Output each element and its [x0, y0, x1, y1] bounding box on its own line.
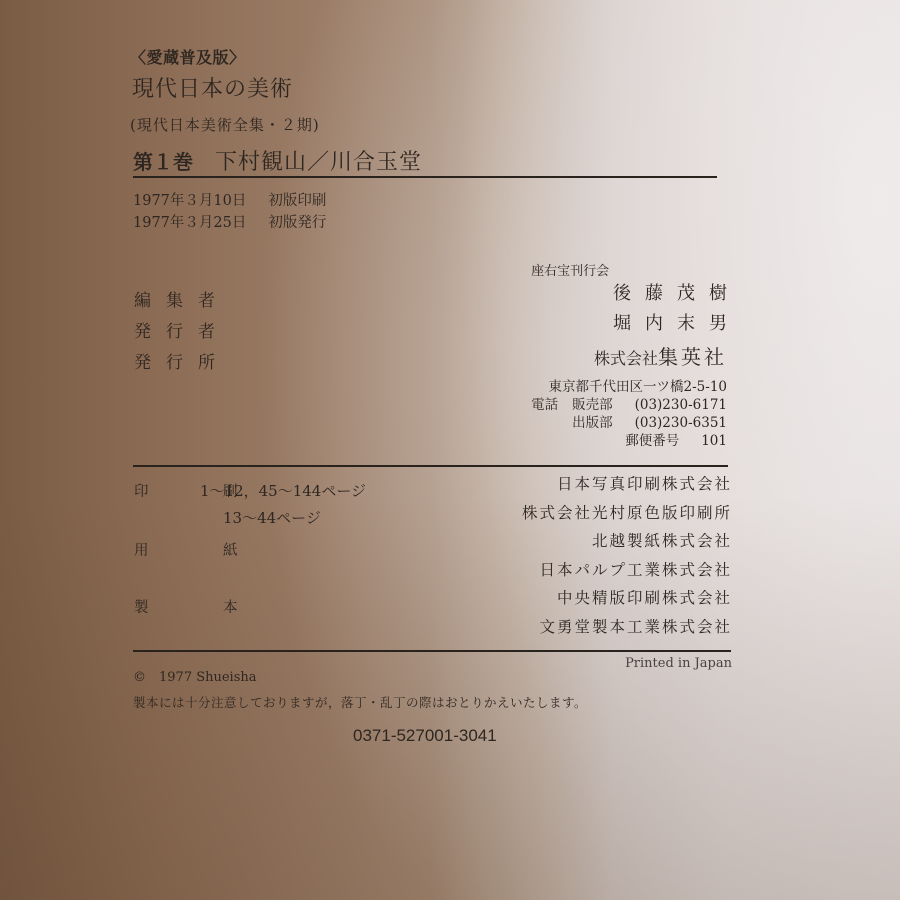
publication-date: 1977年３月25日 [133, 215, 246, 231]
replacement-notice: 製本には十分注意しておりますが，落丁・乱丁の際はおとりかえいたします。 [133, 693, 587, 711]
company-paper-1: 北越製紙株式会社 [522, 527, 732, 556]
publishing-company: 株式会社集英社 [531, 341, 727, 370]
editor-label: 編集者 [134, 286, 230, 317]
postal-label: 郵便番号 [625, 433, 679, 449]
address: 東京都千代田区一ツ橋2-5-10 [531, 378, 727, 396]
binding-label: 製 本 [134, 596, 268, 617]
page-range-1: 1～12，45～144ページ [200, 478, 366, 505]
page-range-2: 13～44ページ [223, 505, 366, 532]
printing-event: 初版印刷 [268, 193, 326, 209]
company-prefix: 株式会社 [594, 349, 658, 368]
date-row-publication: 1977年３月25日初版発行 [133, 212, 326, 234]
publisher-label: 発行者 [134, 317, 230, 348]
volume-heading: 第１巻下村観山／川合玉堂 [133, 145, 422, 176]
company-printing-1: 日本写真印刷株式会社 [522, 470, 732, 499]
series-title: 現代日本の美術 [132, 72, 293, 103]
publishing-dept-label: 出版部 [572, 415, 613, 431]
contact-info: 東京都千代田区一ツ橋2-5-10 電話販売部(03)230-6171 出版部(0… [531, 378, 727, 450]
company-binding-1: 中央精版印刷株式会社 [522, 584, 732, 613]
postal-code: 101 [701, 433, 727, 449]
printed-in-label: Printed in Japan [625, 656, 732, 671]
copyright-notice: © 1977 Shueisha [133, 666, 257, 685]
company-paper-2: 日本パルプ工業株式会社 [522, 556, 732, 585]
editor-name: 後藤茂樹 [531, 279, 741, 309]
printing-page-ranges: 1～12，45～144ページ 13～44ページ [223, 478, 366, 532]
publication-event: 初版発行 [268, 215, 326, 231]
editor-group: 座右宝刊行会 [531, 260, 687, 279]
credits-block: 座右宝刊行会 後藤茂樹 堀内末男 株式会社集英社 東京都千代田区一ツ橋2-5-1… [531, 260, 727, 450]
paper-label: 用 紙 [134, 539, 268, 560]
lighting-shadow-overlay [0, 0, 900, 900]
role-labels: 編集者 発行者 発行所 [134, 286, 230, 379]
divider-top [133, 176, 717, 178]
collection-subtitle: (現代日本美術全集・２期) [130, 114, 320, 135]
phone-label: 電話 [531, 397, 558, 413]
postal-row: 郵便番号101 [531, 432, 727, 450]
phone-publishing-row: 出版部(03)230-6351 [531, 414, 727, 432]
production-companies: 日本写真印刷株式会社 株式会社光村原色版印刷所 北越製紙株式会社 日本パルプ工業… [522, 470, 732, 641]
company-name: 集英社 [658, 345, 727, 369]
book-code: 0371-527001-3041 [353, 726, 497, 746]
sales-dept-label: 販売部 [572, 397, 613, 413]
publication-dates: 1977年３月10日初版印刷 1977年３月25日初版発行 [133, 190, 326, 234]
company-binding-2: 文勇堂製本工業株式会社 [522, 613, 732, 642]
date-row-printing: 1977年３月10日初版印刷 [133, 190, 326, 212]
phone-sales-row: 電話販売部(03)230-6171 [531, 396, 727, 414]
divider-bottom [133, 650, 731, 652]
sales-phone: (03)230-6171 [635, 397, 727, 413]
divider-middle [133, 465, 728, 467]
publisher-name: 堀内末男 [531, 309, 741, 339]
volume-title: 下村観山／川合玉堂 [215, 150, 422, 175]
publishing-house-label: 発行所 [134, 348, 230, 379]
company-printing-2: 株式会社光村原色版印刷所 [522, 499, 732, 528]
publishing-phone: (03)230-6351 [635, 415, 727, 431]
printing-date: 1977年３月10日 [133, 193, 246, 209]
volume-number: 第１巻 [133, 150, 193, 174]
edition-label: 〈愛蔵普及版〉 [130, 45, 246, 68]
